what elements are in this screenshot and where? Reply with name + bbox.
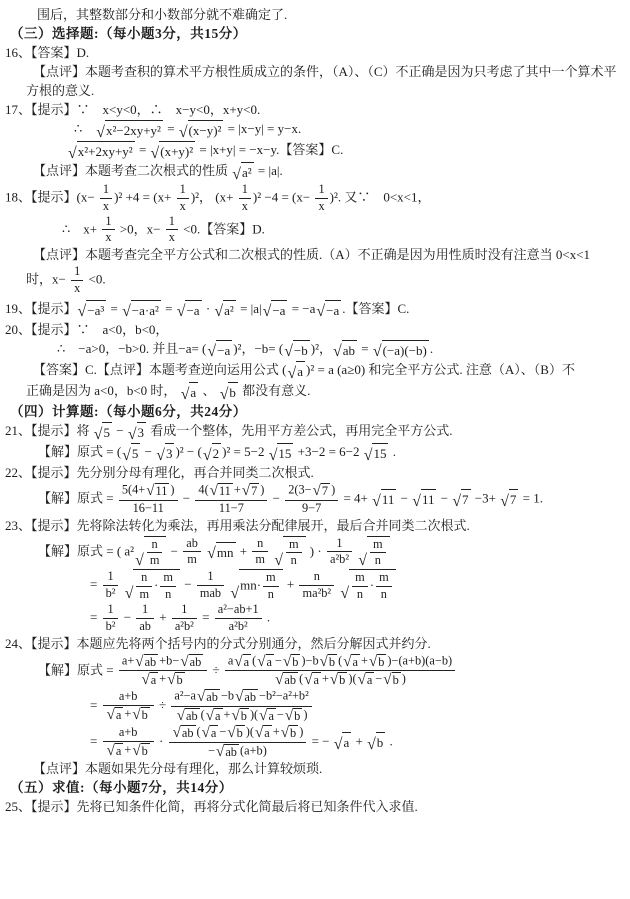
radical-sign: √mn: [358, 536, 389, 569]
fraction: nm: [252, 537, 268, 568]
fraction: 2(3−√7)9−7: [285, 483, 338, 516]
radical-sign: √a: [107, 707, 124, 723]
radical-sign: √7: [242, 483, 259, 499]
radical-sign: √b: [232, 708, 249, 724]
radical-sign: √2: [203, 443, 221, 463]
radical-sign: √a: [304, 672, 321, 688]
document-line: 正确是因为 a<0，b<0 时， √a 、 √b 都没有意义.: [0, 382, 628, 402]
fraction: 1mab: [197, 570, 224, 601]
radical-sign: √a: [234, 654, 251, 670]
radical-sign: √ab: [235, 689, 258, 705]
document-line: 【解】原式 = (√5 − √3)² − (√2)² = 5−2 √15 +3−…: [0, 443, 628, 463]
radical-sign: √−b: [284, 340, 310, 360]
document-line: 围后，其整数部分和小数部分就不难确定了.: [0, 6, 628, 24]
radical-sign: √5: [122, 443, 140, 463]
fraction: 1x: [102, 215, 114, 246]
fraction: nma²b²: [299, 570, 334, 601]
fraction: 4(√11+√7)11−7: [195, 483, 267, 516]
document-line: ∴ −a>0，−b>0. 并且−a= (√−a)²，−b= (√−b)²，√ab…: [0, 340, 628, 360]
radical-sign: √a: [257, 654, 274, 670]
radical-sign: √a: [202, 725, 219, 741]
fraction: 1b²: [103, 603, 119, 634]
radical-sign: √b: [283, 654, 300, 670]
fraction: 1x: [71, 265, 83, 296]
radical-sign: √a: [181, 382, 199, 402]
radical-sign: √a: [334, 732, 352, 752]
radical-sign: √b: [132, 707, 149, 723]
fraction: √ab(√a−√b)(√a+√b)−√ab(a+b): [169, 725, 307, 760]
radical-sign: √11: [210, 483, 233, 499]
document-line: 22、【提示】先分别分母有理化，再合并同类二次根式.: [0, 464, 628, 482]
radical-sign: √15: [269, 443, 294, 463]
radical-sign: √mn·mn: [340, 569, 395, 602]
fraction: a+b√a+√b: [103, 690, 154, 723]
fraction: 1x: [177, 183, 189, 214]
radical-sign: √mn: [274, 536, 305, 569]
document-line: 21、【提示】将 √5 − √3 看成一个整体，先用平方差公式，再用完全平方公式…: [0, 422, 628, 442]
document-line: ∴ √x²−2xy+y² = √(x−y)² = |x−y| = y−x.: [0, 120, 628, 140]
radical-sign: √ab: [197, 689, 220, 705]
fraction: nm: [136, 571, 152, 602]
radical-sign: √11: [146, 483, 169, 499]
radical-sign: √a: [141, 672, 158, 688]
radical-sign: √(x+y)²: [151, 141, 196, 161]
radical-sign: √−a: [316, 300, 341, 320]
radical-sign: √a: [358, 672, 375, 688]
section-heading: （四）计算题:（每小题6分，共24分）: [0, 403, 628, 421]
fraction: 1x: [166, 215, 178, 246]
section-heading: （三）选择题:（每小题3分，共15分）: [0, 25, 628, 43]
fraction: a²−ab+1a²b²: [215, 603, 262, 634]
radical-sign: √7: [313, 483, 330, 499]
radical-sign: √−a·a²: [122, 300, 161, 320]
fraction: mn: [263, 571, 279, 602]
fraction: 1a²b²: [172, 603, 197, 634]
radical-sign: √b: [369, 654, 386, 670]
radical-sign: √b: [281, 725, 298, 741]
radical-sign: √(x−y)²: [179, 120, 224, 140]
radical-sign: √ab: [180, 654, 203, 670]
radical-sign: √nm: [135, 536, 166, 569]
radical-sign: √ab: [275, 672, 298, 688]
radical-sign: √ab: [216, 744, 239, 760]
radical-sign: √ab: [333, 340, 357, 360]
fraction: nm: [147, 538, 163, 569]
radical-sign: √b: [227, 725, 244, 741]
radical-sign: √−a³: [78, 300, 107, 320]
radical-sign: √a: [206, 708, 223, 724]
document-line: = 1b² √nm·mn − 1mab √mn·mn + nma²b² √mn·…: [0, 569, 628, 602]
fraction: mn: [286, 538, 302, 569]
radical-sign: √ab: [177, 708, 200, 724]
section-heading: （五）求值:（每小题7分，共14分）: [0, 779, 628, 797]
radical-sign: √b: [330, 672, 347, 688]
fraction: 1a²b²: [327, 537, 352, 568]
document-line: = a+b√a+√b ÷ a²−a√ab−b√ab−b²−a²+b²√ab(√a…: [0, 689, 628, 724]
radical-sign: √a²: [232, 162, 253, 182]
radical-sign: √b: [220, 382, 238, 402]
fraction: 1x: [239, 183, 251, 214]
radical-sign: √5: [94, 422, 112, 442]
radical-sign: √b: [132, 743, 149, 759]
radical-sign: √15: [364, 443, 389, 463]
radical-sign: √mn·mn: [230, 569, 282, 602]
fraction: abm: [183, 537, 201, 568]
fraction: mn: [376, 571, 392, 602]
document-line: 23、【提示】先将除法转化为乘法，再用乘法分配律展开，最后合并同类二次根式.: [0, 517, 628, 535]
fraction: 1x: [315, 183, 327, 214]
document-line: 【点评】本题考查积的算术平方根性质成立的条件，（A）、（C）不正确是因为只考虑了…: [0, 63, 628, 81]
radical-sign: √(−a)(−b): [373, 340, 429, 360]
radical-sign: √7: [452, 489, 470, 509]
fraction: mn: [352, 571, 368, 602]
radical-sign: √11: [372, 489, 396, 509]
fraction: a+b√a+√b: [103, 726, 154, 759]
fraction: a+√ab+b−√ab√a+√b: [119, 654, 207, 689]
document-line: 【点评】本题考查二次根式的性质 √a² = |a|.: [0, 162, 628, 182]
document-line: = 1b² − 1ab + 1a²b² = a²−ab+1a²b² .: [0, 603, 628, 634]
document-line: 时，x− 1x <0.: [0, 265, 628, 296]
radical-sign: √7: [500, 489, 518, 509]
radical-sign: √x²−2xy+y²: [96, 120, 163, 140]
radical-sign: √b: [320, 654, 337, 670]
radical-sign: √ab: [173, 725, 196, 741]
radical-sign: √mn: [207, 542, 235, 562]
radical-sign: √a: [255, 725, 272, 741]
document-page: 围后，其整数部分和小数部分就不难确定了.（三）选择题:（每小题3分，共15分）1…: [0, 0, 630, 816]
document-line: 【解】原式 = a+√ab+b−√ab√a+√b ÷ a√a(√a−√b)−b√…: [0, 654, 628, 689]
fraction: a²−a√ab−b√ab−b²−a²+b²√ab(√a+√b)(√a−√b): [171, 689, 311, 724]
document-line: 【解】原式 = 5(4+√11)16−11 − 4(√11+√7)11−7 − …: [0, 483, 628, 516]
radical-sign: √ab: [135, 654, 158, 670]
document-line: 17、【提示】∵ x<y<0，∴ x−y<0，x+y<0.: [0, 101, 628, 119]
document-line: = a+b√a+√b · √ab(√a−√b)(√a+√b)−√ab(a+b) …: [0, 725, 628, 760]
radical-sign: √b: [367, 732, 385, 752]
radical-sign: √b: [167, 672, 184, 688]
radical-sign: √−a: [177, 300, 202, 320]
document-line: 【解】原式 = ( a²√nm − abm √mn + nm √mn ) · 1…: [0, 536, 628, 569]
radical-sign: √a: [343, 654, 360, 670]
fraction: 1b²: [103, 570, 119, 601]
document-line: 【点评】本题考查完全平方公式和二次根式的性质.（A）不正确是因为用性质时没有注意…: [0, 246, 628, 264]
radical-sign: √11: [412, 489, 436, 509]
document-line: 【点评】本题如果先分母有理化，那么计算较烦琐.: [0, 760, 628, 778]
document-line: 19、【提示】√−a³ = √−a·a² = √−a · √a² = |a|√−…: [0, 300, 628, 320]
document-line: 方根的意义.: [0, 82, 628, 100]
radical-sign: √3: [128, 422, 146, 442]
document-line: 25、【提示】先将已知条件化简，再将分式化简最后将已知条件代入求值.: [0, 798, 628, 816]
document-line: 24、【提示】本题应先将两个括号内的分式分别通分，然后分解因式并约分.: [0, 635, 628, 653]
document-line: √x²+2xy+y² = √(x+y)² = |x+y| = −x−y.【答案】…: [0, 141, 628, 161]
radical-sign: √a²: [214, 300, 235, 320]
document-line: ∴ x+ 1x >0，x− 1x <0.【答案】D.: [0, 215, 628, 246]
document-line: 18、【提示】(x− 1x)² +4 = (x+ 1x)²， (x+ 1x)² …: [0, 183, 628, 214]
radical-sign: √3: [156, 443, 174, 463]
radical-sign: √−a: [263, 300, 288, 320]
fraction: 5(4+√11)16−11: [119, 483, 178, 516]
document-line: 16、【答案】D.: [0, 44, 628, 62]
fraction: 1x: [100, 183, 112, 214]
radical-sign: √b: [383, 672, 400, 688]
document-line: 【答案】C.【点评】本题考查逆向运用公式 (√a)² = a (a≥0) 和完全…: [0, 361, 628, 381]
radical-sign: √a: [259, 708, 276, 724]
fraction: mn: [370, 538, 386, 569]
radical-sign: √x²+2xy+y²: [68, 141, 135, 161]
radical-sign: √a: [288, 361, 306, 381]
fraction: a√a(√a−√b)−b√b(√a+√b)−(a+b)(a−b)√ab(√a+√…: [225, 654, 455, 689]
document-line: 20、【提示】∵ a<0，b<0，: [0, 321, 628, 339]
radical-sign: √b: [285, 708, 302, 724]
radical-sign: √−a: [207, 340, 232, 360]
radical-sign: √nm·mn: [125, 569, 180, 602]
radical-sign: √a: [107, 743, 124, 759]
fraction: 1ab: [136, 603, 154, 634]
fraction: mn: [160, 571, 176, 602]
